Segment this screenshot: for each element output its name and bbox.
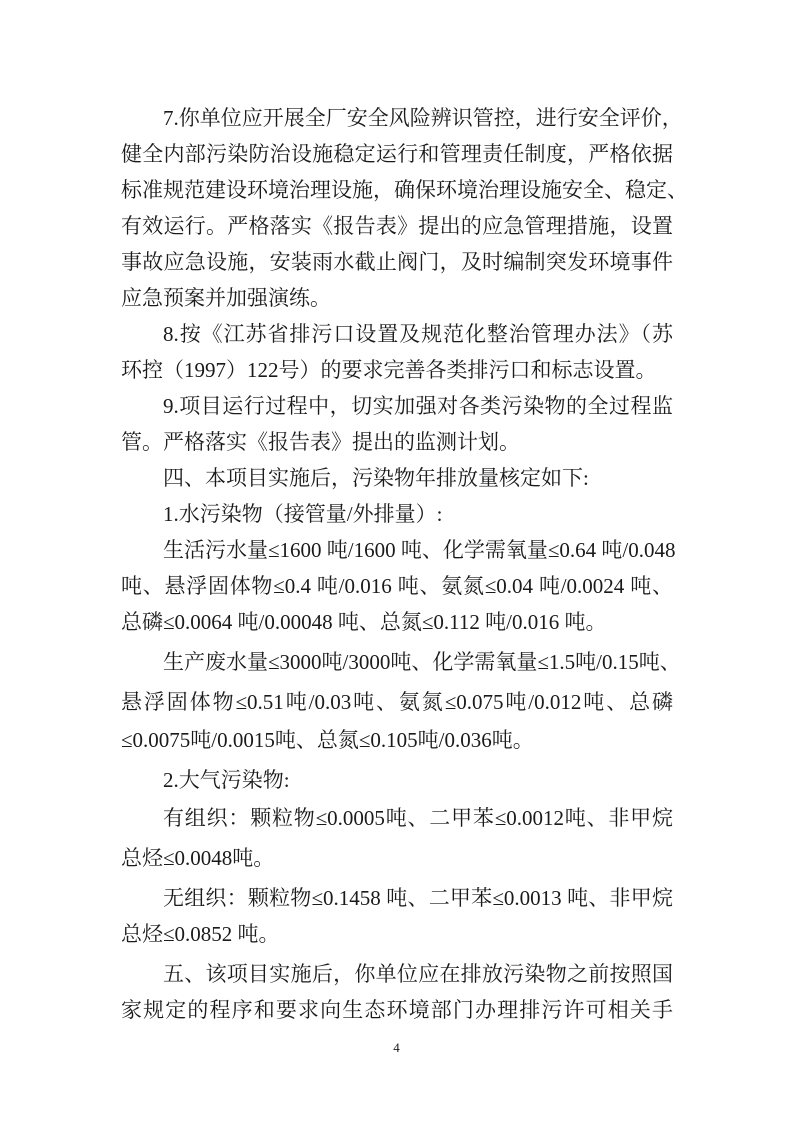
- text-line: 生产废水量≤3000吨/3000吨、化学需氧量≤1.5吨/0.15吨、: [163, 648, 673, 676]
- text-line: 环控（1997）122号）的要求完善各类排污口和标志设置。: [121, 356, 673, 384]
- text-line: 应急预案并加强演练。: [121, 284, 673, 312]
- text-line: 7.你单位应开展全厂安全风险辨识管控，进行安全评价，: [163, 104, 673, 132]
- text-line: 管。严格落实《报告表》提出的监测计划。: [121, 428, 673, 456]
- text-line: 标准规范建设环境治理设施，确保环境治理设施安全、稳定、: [121, 176, 673, 204]
- text-line: 总烃≤0.0852 吨。: [121, 920, 673, 948]
- text-line: 事故应急设施，安装雨水截止阀门，及时编制突发环境事件: [121, 248, 673, 276]
- text-line: 悬浮固体物≤0.51吨/0.03吨、氨氮≤0.075吨/0.012吨、总磷: [121, 688, 673, 716]
- text-line: 1.水污染物（接管量/外排量）:: [163, 500, 673, 528]
- text-line: 无组织：颗粒物≤0.1458 吨、二甲苯≤0.0013 吨、非甲烷: [163, 884, 673, 912]
- text-line: 9.项目运行过程中，切实加强对各类污染物的全过程监: [163, 392, 673, 420]
- text-line: ≤0.0075吨/0.0015吨、总氮≤0.105吨/0.036吨。: [121, 726, 673, 754]
- text-line: 总烃≤0.0048吨。: [121, 844, 673, 872]
- document-page: 7.你单位应开展全厂安全风险辨识管控，进行安全评价，健全内部污染防治设施稳定运行…: [0, 0, 793, 1122]
- text-line: 有效运行。严格落实《报告表》提出的应急管理措施，设置: [121, 212, 673, 240]
- text-line: 8.按《江苏省排污口设置及规范化整治管理办法》（苏: [163, 320, 673, 348]
- text-line: 吨、悬浮固体物≤0.4 吨/0.016 吨、氨氮≤0.04 吨/0.0024 吨…: [121, 572, 673, 600]
- text-line: 家规定的程序和要求向生态环境部门办理排污许可相关手: [121, 996, 673, 1024]
- text-line: 四、本项目实施后，污染物年排放量核定如下:: [163, 464, 673, 492]
- text-line: 总磷≤0.0064 吨/0.00048 吨、总氮≤0.112 吨/0.016 吨…: [121, 608, 673, 636]
- text-line: 五、该项目实施后，你单位应在排放污染物之前按照国: [163, 960, 673, 988]
- text-line: 有组织：颗粒物≤0.0005吨、二甲苯≤0.0012吨、非甲烷: [163, 804, 673, 832]
- text-line: 健全内部污染防治设施稳定运行和管理责任制度，严格依据: [121, 140, 673, 168]
- text-line: 2.大气污染物:: [163, 766, 673, 794]
- page-number: 4: [0, 1040, 793, 1056]
- text-line: 生活污水量≤1600 吨/1600 吨、化学需氧量≤0.64 吨/0.048: [163, 536, 673, 564]
